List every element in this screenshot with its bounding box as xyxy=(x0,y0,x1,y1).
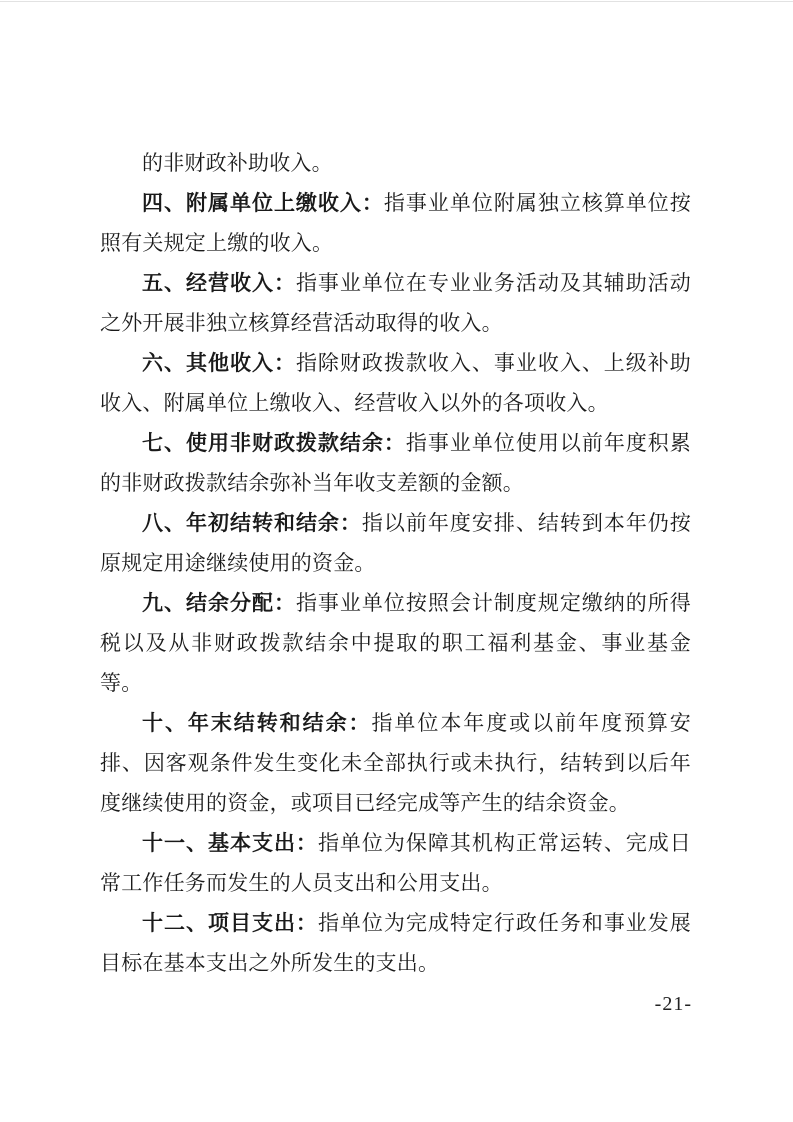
paragraph-item-4: 四、附属单位上缴收入：指事业单位附属独立核算单位按照有关规定上缴的收入。 xyxy=(100,183,691,263)
paragraph-item-12: 十二、项目支出：指单位为完成特定行政任务和事业发展目标在基本支出之外所发生的支出… xyxy=(100,903,691,983)
paragraph-item-5: 五、经营收入：指事业单位在专业业务活动及其辅助活动之外开展非独立核算经营活动取得… xyxy=(100,263,691,343)
document-body: 的非财政补助收入。 四、附属单位上缴收入：指事业单位附属独立核算单位按照有关规定… xyxy=(100,143,691,983)
term-label: 十一、基本支出： xyxy=(142,831,318,855)
term-label: 四、附属单位上缴收入： xyxy=(142,191,384,215)
term-label: 十、年末结转和结余： xyxy=(142,711,371,735)
paragraph-item-6: 六、其他收入：指除财政拨款收入、事业收入、上级补助收入、附属单位上缴收入、经营收… xyxy=(100,343,691,423)
paragraph-continuation: 的非财政补助收入。 xyxy=(100,143,691,183)
page-number: -21- xyxy=(655,993,692,1016)
term-label: 五、经营收入： xyxy=(142,271,296,295)
term-label: 六、其他收入： xyxy=(142,351,296,375)
term-label: 七、使用非财政拨款结余： xyxy=(142,431,406,455)
paragraph-item-9: 九、结余分配：指事业单位按照会计制度规定缴纳的所得税以及从非财政拨款结余中提取的… xyxy=(100,583,691,703)
paragraph-item-8: 八、年初结转和结余：指以前年度安排、结转到本年仍按原规定用途继续使用的资金。 xyxy=(100,503,691,583)
term-label: 八、年初结转和结余： xyxy=(142,511,362,535)
paragraph-item-10: 十、年末结转和结余：指单位本年度或以前年度预算安排、因客观条件发生变化未全部执行… xyxy=(100,703,691,823)
paragraph-item-7: 七、使用非财政拨款结余：指事业单位使用以前年度积累的非财政拨款结余弥补当年收支差… xyxy=(100,423,691,503)
term-label: 九、结余分配： xyxy=(142,591,296,615)
term-label: 十二、项目支出： xyxy=(142,911,318,935)
page-top-edge xyxy=(0,1,793,2)
definition-text: 的非财政补助收入。 xyxy=(142,151,333,175)
paragraph-item-11: 十一、基本支出：指单位为保障其机构正常运转、完成日常工作任务而发生的人员支出和公… xyxy=(100,823,691,903)
document-page: 的非财政补助收入。 四、附属单位上缴收入：指事业单位附属独立核算单位按照有关规定… xyxy=(0,0,793,1122)
